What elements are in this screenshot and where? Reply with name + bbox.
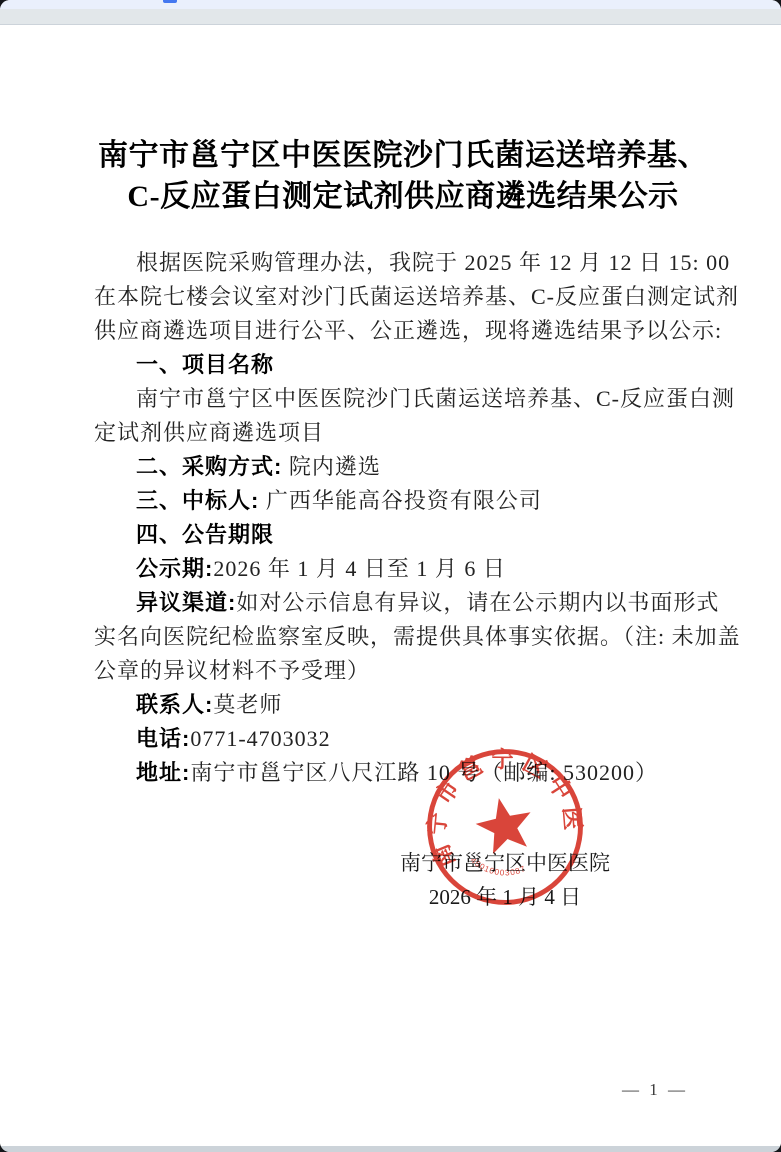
body-line-label: 异议渠道: [136, 590, 236, 615]
document-viewer-window: 南宁市邕宁区中医医院沙门氏菌运送培养基、 C-反应蛋白测定试剂供应商遴选结果公示… [0, 0, 781, 1152]
body-line: 三、中标人: 广西华能高谷投资有限公司 [94, 484, 730, 518]
document-body: 根据医院采购管理办法，我院于 2025 年 12 月 12 日 15: 00在本… [94, 246, 730, 790]
bottom-strip [0, 1146, 781, 1152]
body-line-text: 2026 年 1 月 4 日至 1 月 6 日 [213, 556, 506, 581]
body-line-text: 如对公示信息有异议，请在公示期内以书面形式 [236, 590, 719, 615]
body-line: 实名向医院纪检监察室反映，需提供具体事实依据。（注: 未加盖 [94, 620, 730, 654]
body-line: 地址:南宁市邕宁区八尺江路 10 号（邮编: 530200） [94, 756, 730, 790]
body-line-label: 电话: [136, 726, 190, 751]
body-line-label: 公示期: [136, 556, 213, 581]
body-line-text: 院内遴选 [282, 454, 381, 479]
page-number: — 1 — [590, 1080, 720, 1100]
body-line: 四、公告期限 [94, 518, 730, 552]
body-line-label: 一、项目名称 [136, 352, 274, 377]
body-line: 联系人:莫老师 [94, 688, 730, 722]
document-title: 南宁市邕宁区中医医院沙门氏菌运送培养基、 C-反应蛋白测定试剂供应商遴选结果公示 [78, 135, 728, 217]
document-title-line-2: C-反应蛋白测定试剂供应商遴选结果公示 [78, 176, 728, 217]
body-line-label: 四、公告期限 [136, 522, 274, 547]
body-line-text: 在本院七楼会议室对沙门氏菌运送培养基、C-反应蛋白测定试剂 [94, 284, 739, 309]
body-line: 公示期:2026 年 1 月 4 日至 1 月 6 日 [94, 552, 730, 586]
document-page: 南宁市邕宁区中医医院沙门氏菌运送培养基、 C-反应蛋白测定试剂供应商遴选结果公示… [0, 25, 781, 1146]
body-line-text: 公章的异议材料不予受理） [94, 658, 370, 683]
svg-text:45010003087: 45010003087 [468, 846, 528, 886]
body-line-label: 联系人: [136, 692, 213, 717]
body-line: 南宁市邕宁区中医医院沙门氏菌运送培养基、C-反应蛋白测 [94, 382, 730, 416]
viewer-toolbar-strip [0, 9, 781, 25]
seal-code: 45010003087 [468, 846, 528, 886]
official-seal-stamp: 南宁市邕宁区中医医院 45010003087 [423, 744, 587, 910]
body-line-label: 二、采购方式: [136, 454, 282, 479]
body-line: 一、项目名称 [94, 348, 730, 382]
body-line-label: 三、中标人: [136, 488, 259, 513]
body-line: 电话:0771-4703032 [94, 722, 730, 756]
browser-tab-icon [163, 0, 177, 3]
body-line-text: 定试剂供应商遴选项目 [94, 420, 324, 445]
body-line: 定试剂供应商遴选项目 [94, 416, 730, 450]
body-line: 根据医院采购管理办法，我院于 2025 年 12 月 12 日 15: 00 [94, 246, 730, 280]
browser-chrome-strip [0, 0, 781, 9]
body-line: 异议渠道:如对公示信息有异议，请在公示期内以书面形式 [94, 586, 730, 620]
document-title-line-1: 南宁市邕宁区中医医院沙门氏菌运送培养基、 [78, 135, 728, 176]
body-line-text: 南宁市邕宁区中医医院沙门氏菌运送培养基、C-反应蛋白测 [136, 386, 735, 411]
body-line: 二、采购方式: 院内遴选 [94, 450, 730, 484]
body-line-text: 实名向医院纪检监察室反映，需提供具体事实依据。（注: 未加盖 [94, 624, 741, 649]
body-line-text: 莫老师 [213, 692, 282, 717]
body-line: 在本院七楼会议室对沙门氏菌运送培养基、C-反应蛋白测定试剂 [94, 280, 730, 314]
body-line-text: 供应商遴选项目进行公平、公正遴选，现将遴选结果予以公示: [94, 318, 722, 343]
body-line-text: 广西华能高谷投资有限公司 [259, 488, 542, 513]
body-line-text: 根据医院采购管理办法，我院于 2025 年 12 月 12 日 15: 00 [136, 250, 730, 275]
body-line-text: 0771-4703032 [190, 726, 330, 751]
body-line-label: 地址: [136, 760, 190, 785]
body-line: 公章的异议材料不予受理） [94, 654, 730, 688]
seal-star-icon [471, 792, 537, 856]
body-line: 供应商遴选项目进行公平、公正遴选，现将遴选结果予以公示: [94, 314, 730, 348]
